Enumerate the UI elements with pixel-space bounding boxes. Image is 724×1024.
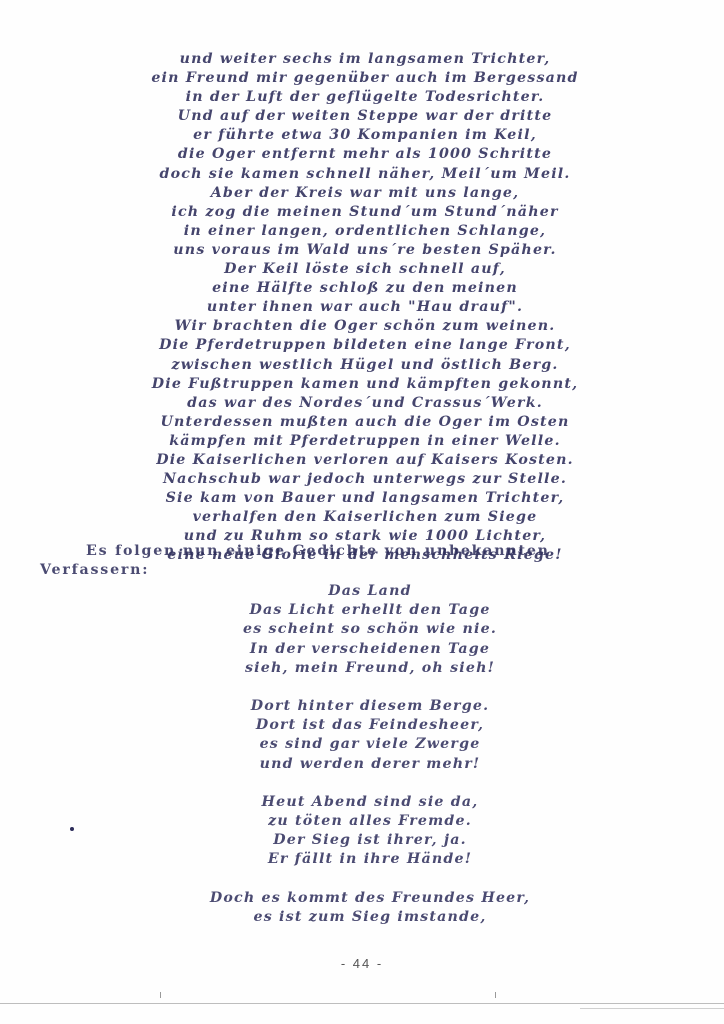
scan-speck (70, 827, 74, 831)
poem-line: und werden derer mehr! (170, 755, 570, 774)
poem-line: die Oger entfernt mehr als 1000 Schritte (110, 145, 620, 164)
poem-line: Unterdessen mußten auch die Oger im Oste… (110, 413, 620, 432)
poem-line: doch sie kamen schnell näher, Meil´um Me… (110, 165, 620, 184)
intro-line-2: Verfassern: (40, 561, 600, 580)
page-number: - 44 - (0, 956, 724, 971)
poem-line: Dort ist das Feindesheer, (170, 716, 570, 735)
poem-line: In der verscheidenen Tage (170, 640, 570, 659)
poem-line: sieh, mein Freund, oh sieh! (170, 659, 570, 678)
poem-line: Die Pferdetruppen bildeten eine lange Fr… (110, 336, 620, 355)
unknown-authors-poems: Das LandDas Licht erhellt den Tagees sch… (170, 582, 570, 927)
intro-paragraph: Es folgen nun einige Gedichte von unbeka… (40, 542, 600, 580)
poem-line: Und auf der weiten Steppe war der dritte (110, 107, 620, 126)
poem-line: Aber der Kreis war mit uns lange, (110, 184, 620, 203)
poem-line: Dort hinter diesem Berge. (170, 697, 570, 716)
poem-stanza: Das LandDas Licht erhellt den Tagees sch… (170, 582, 570, 678)
poem-line: Die Kaiserlichen verloren auf Kaisers Ko… (110, 451, 620, 470)
poem-line: verhalfen den Kaiserlichen zum Siege (110, 508, 620, 527)
poem-stanza: Heut Abend sind sie da,zu töten alles Fr… (170, 793, 570, 870)
poem-line: in der Luft der geflügelte Todesrichter. (110, 88, 620, 107)
poem-line: Sie kam von Bauer und langsamen Trichter… (110, 489, 620, 508)
poem-line: Das Licht erhellt den Tage (170, 601, 570, 620)
poem-line: und weiter sechs im langsamen Trichter, (110, 50, 620, 69)
poem-line: in einer langen, ordentlichen Schlange, (110, 222, 620, 241)
scan-mark (495, 992, 496, 998)
poem-line: er führte etwa 30 Kompanien im Keil, (110, 126, 620, 145)
poem-title: Das Land (170, 582, 570, 601)
intro-line-1: Es folgen nun einige Gedichte von unbeka… (40, 542, 600, 561)
poem-line: kämpfen mit Pferdetruppen in einer Welle… (110, 432, 620, 451)
main-poem: und weiter sechs im langsamen Trichter,e… (110, 50, 620, 566)
poem-line: zu töten alles Fremde. (170, 812, 570, 831)
poem-line: das war des Nordes´und Crassus´Werk. (110, 394, 620, 413)
poem-line: eine Hälfte schloß zu den meinen (110, 279, 620, 298)
poem-line: Doch es kommt des Freundes Heer, (170, 889, 570, 908)
poem-line: Heut Abend sind sie da, (170, 793, 570, 812)
poem-line: es sind gar viele Zwerge (170, 735, 570, 754)
poem-line: Nachschub war jedoch unterwegs zur Stell… (110, 470, 620, 489)
poem-line: uns voraus im Wald uns´re besten Späher. (110, 241, 620, 260)
poem-line: unter ihnen war auch "Hau drauf". (110, 298, 620, 317)
poem-line: ich zog die meinen Stund´um Stund´näher (110, 203, 620, 222)
scanned-page: und weiter sechs im langsamen Trichter,e… (0, 0, 724, 1024)
poem-line: Wir brachten die Oger schön zum weinen. (110, 317, 620, 336)
poem-stanza: Dort hinter diesem Berge.Dort ist das Fe… (170, 697, 570, 774)
poem-line: es ist zum Sieg imstande, (170, 908, 570, 927)
poem-line: Die Fußtruppen kamen und kämpften gekonn… (110, 375, 620, 394)
poem-line: Der Sieg ist ihrer, ja. (170, 831, 570, 850)
page-edge-line (580, 1008, 724, 1009)
scan-mark (160, 992, 161, 998)
poem-stanza: Doch es kommt des Freundes Heer,es ist z… (170, 889, 570, 927)
page-edge-line (0, 1003, 724, 1004)
poem-line: Der Keil löste sich schnell auf, (110, 260, 620, 279)
poem-line: ein Freund mir gegenüber auch im Bergess… (110, 69, 620, 88)
poem-line: zwischen westlich Hügel und östlich Berg… (110, 356, 620, 375)
poem-line: es scheint so schön wie nie. (170, 620, 570, 639)
poem-line: Er fällt in ihre Hände! (170, 850, 570, 869)
